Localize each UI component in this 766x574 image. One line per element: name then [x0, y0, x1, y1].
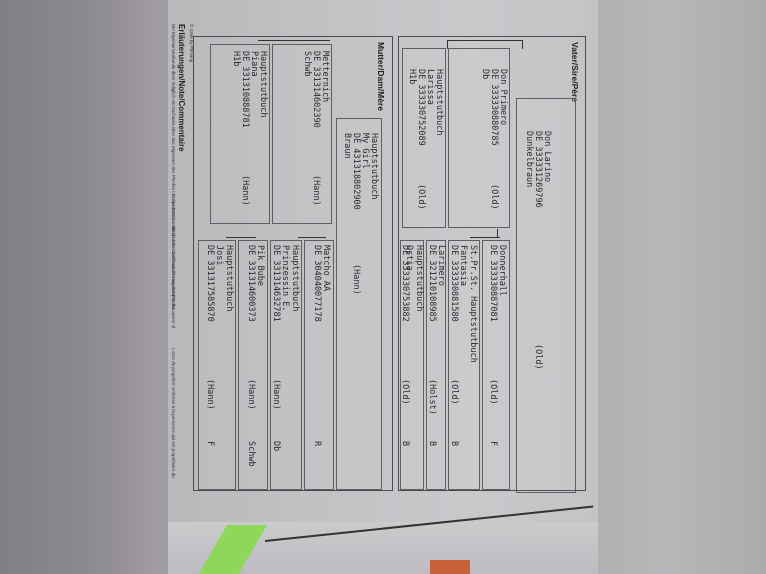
dam-sire-breed: (Hann) [311, 175, 321, 206]
sire-dam-cell: Hauptstutbuch Larissa DE 333330752089 H1… [402, 48, 446, 228]
connector [226, 237, 256, 238]
red-object [430, 560, 470, 574]
ss-sire-color: F [488, 441, 498, 446]
dam-breed: (Hann) [351, 264, 361, 295]
connector [470, 237, 500, 238]
sire-sire-color: Db [480, 69, 490, 79]
sd-dam-breed: (Old) [400, 379, 410, 405]
dd-sire-reg: DE 331314600373 [246, 245, 256, 322]
connector [298, 237, 326, 238]
dam-cell: Hauptstutbuch My Girl DE 431318802900 Br… [336, 118, 382, 490]
sd-dam-cell: Hauptstutbuch Ostia DE 333330753882 (Old… [400, 240, 424, 490]
connector [258, 40, 330, 41]
sire-heading: Vater/Sire/Père [570, 42, 580, 102]
sd-sire-breed: (Holst) [427, 379, 437, 415]
ss-sire-cell: Donnerhall DE 333330887081 (Old) F [482, 240, 510, 490]
dam-heading: Mutter/Dam/Mère [376, 42, 386, 111]
dd-sire-cell: Pik Bube DE 331314600373 (Hann) Schwb [238, 240, 268, 490]
ds-sire-reg: DE 304040077178 [312, 245, 322, 322]
dam-dam-color: H1b [231, 51, 241, 66]
ss-dam-reg: DE 333330881580 [449, 245, 459, 322]
dam-dam-breed: (Hann) [240, 175, 250, 206]
sd-sire-reg: DE 321210108985 [427, 245, 437, 322]
dd-dam-breed: (Hann) [205, 379, 215, 410]
ds-dam-reg: DE 331314632781 [271, 245, 281, 322]
dd-sire-breed: (Hann) [246, 379, 256, 410]
sire-sire-reg: DE 333330880785 [489, 69, 499, 146]
ss-dam-breed: (Old) [449, 379, 459, 405]
sire-sire-cell: Don Primero DE 333330880785 Db (Old) [448, 48, 510, 228]
ss-sire-reg: DE 333330887081 [488, 245, 498, 322]
sd-dam-color: B [400, 441, 410, 446]
sire-cell: Don Larino DE 333331269796 Dunkelbraun (… [516, 98, 576, 493]
connector [522, 40, 523, 49]
sire-dam-color: H1b [407, 69, 417, 84]
sire-breed: (Old) [533, 344, 543, 370]
notes-text-fr: L'acte de propriété renferme à la person… [171, 348, 176, 478]
connector [448, 40, 523, 41]
ds-dam-cell: Hauptstutbuch Prinzessin E. DE 331314632… [270, 240, 302, 490]
sire-color: Dunkelbraun [524, 131, 534, 187]
copyright: © 1996 by Pfinning [189, 24, 194, 62]
dam-color: Braun [342, 133, 352, 159]
dd-dam-reg: DE 331317585870 [205, 245, 215, 322]
sd-sire-cell: Larimero DE 321210108985 (Holst) B [426, 240, 446, 490]
dd-dam-cell: Hauptstutbuch Josi DE 331317585870 (Hann… [198, 240, 236, 490]
ds-dam-color: Db [271, 441, 281, 451]
dam-dam-cell: Hauptstutbuch Piana DE 331310888781 H1b … [210, 44, 270, 224]
notes-text-en: The person is entitled to the Certificat… [171, 193, 176, 328]
dam-sire-cell: Metternich DE 331314602390 Schwb (Hann) [272, 44, 332, 224]
sire-dam-breed: (Old) [416, 184, 426, 210]
dam-sire-color: Schwb [302, 51, 312, 77]
pedigree-document: Vater/Sire/Père Don Larino DE 3333312697… [168, 18, 598, 493]
background-right [598, 0, 766, 574]
dd-dam-color: F [205, 441, 215, 446]
sire-sire-breed: (Old) [489, 184, 499, 210]
ds-dam-breed: (Hann) [271, 379, 281, 410]
ss-dam-cell: St.Pr.St. Hauptstutbuch Fantasia DE 3333… [448, 240, 480, 490]
sd-sire-color: B [427, 441, 437, 446]
ds-dam-name: Hauptstutbuch Prinzessin E. [280, 245, 299, 312]
ds-sire-cell: Matcho AA DE 304040077178 R [304, 240, 334, 490]
connector [497, 229, 498, 237]
ss-dam-name: St.Pr.St. Hauptstutbuch Fantasia [458, 245, 477, 363]
dd-sire-color: Schwb [246, 441, 256, 467]
sd-dam-reg: DE 333330753882 [400, 245, 410, 322]
notes-heading: Erläuterungen/Note/Commentaire [177, 24, 186, 152]
dd-dam-name: Hauptstutbuch Josi [214, 245, 233, 312]
ds-sire-color: R [312, 441, 322, 446]
ss-sire-breed: (Old) [488, 379, 498, 405]
ss-dam-color: B [449, 441, 459, 446]
